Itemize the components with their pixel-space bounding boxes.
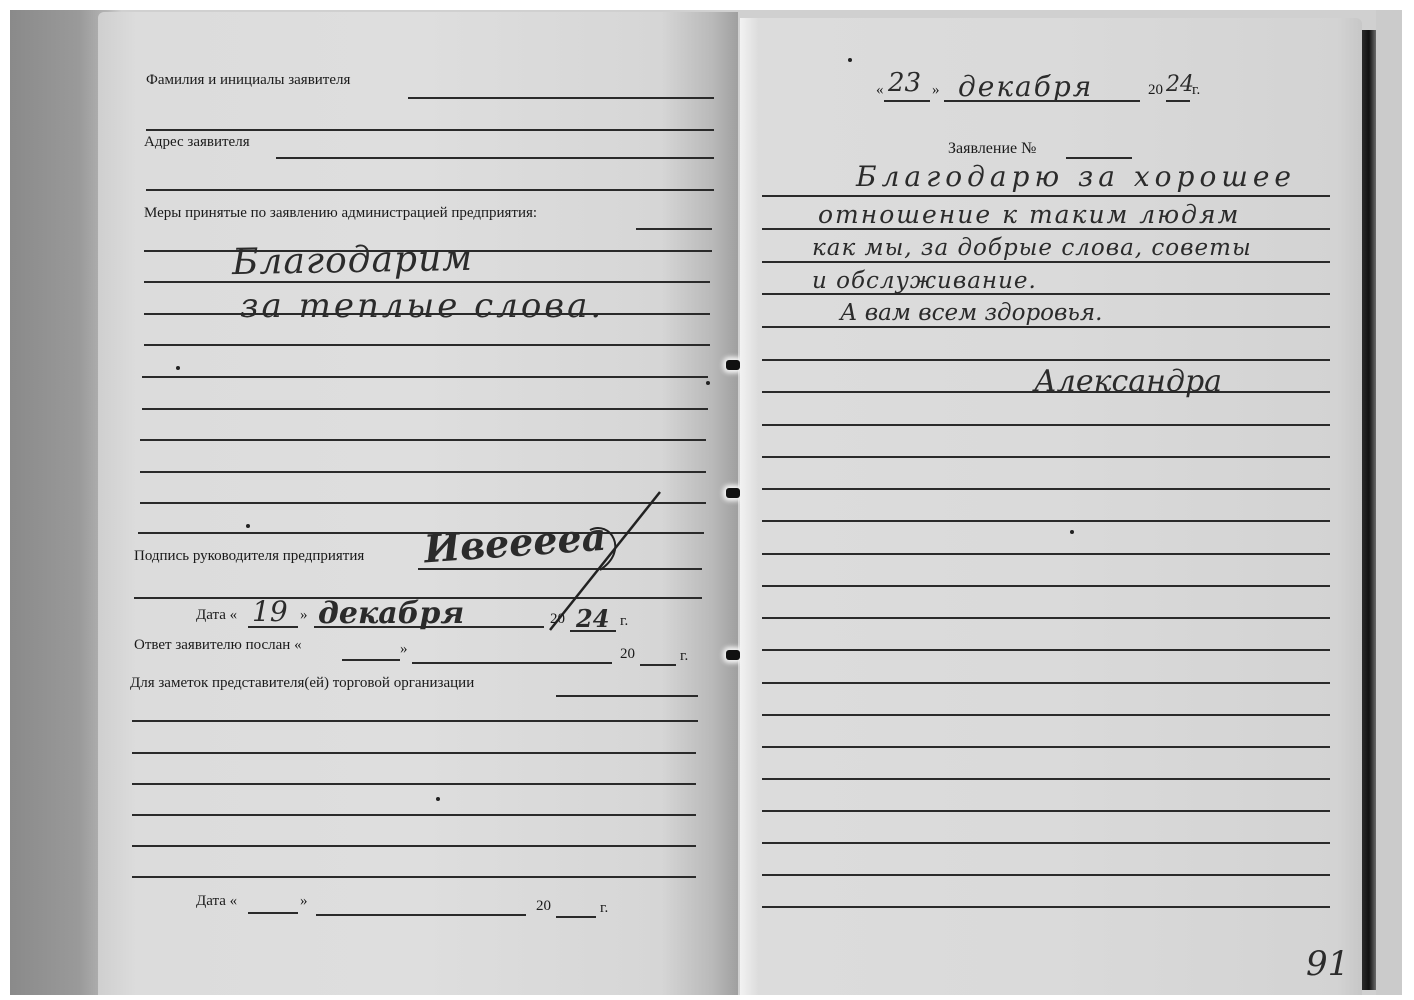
reply-sent-day-field[interactable] bbox=[342, 659, 400, 661]
measures-field-line5[interactable] bbox=[144, 344, 710, 346]
header-date-day-value: 23 bbox=[888, 68, 921, 98]
header-date-month-value: декабря bbox=[958, 70, 1093, 103]
statement-line[interactable] bbox=[762, 520, 1330, 522]
date-year-value: 24 bbox=[576, 604, 609, 633]
measures-field-line3[interactable] bbox=[144, 281, 710, 283]
handwritten-measures-line1: Благодарим bbox=[232, 238, 474, 283]
date-label: Дата « bbox=[196, 607, 237, 624]
reply-sent-year-field[interactable] bbox=[640, 664, 676, 666]
statement-line[interactable] bbox=[762, 326, 1330, 328]
header-date-year-value: 24 bbox=[1166, 72, 1194, 97]
ink-dot bbox=[848, 58, 852, 62]
statement-handwritten-line2: отношение к таким людям bbox=[818, 200, 1240, 229]
statement-line[interactable] bbox=[762, 778, 1330, 780]
bottom-date-close-quote: » bbox=[300, 893, 308, 910]
date-year-prefix: 20 bbox=[550, 611, 565, 628]
bottom-date-month-field[interactable] bbox=[316, 914, 526, 916]
statement-line[interactable] bbox=[762, 906, 1330, 908]
applicant-name-field[interactable] bbox=[408, 97, 714, 99]
applicant-address-field-line2[interactable] bbox=[146, 189, 714, 191]
statement-handwritten-line3: как мы, за добрые слова, советы bbox=[812, 235, 1252, 261]
scan-bottom-border bbox=[0, 995, 1414, 1000]
applicant-name-label: Фамилия и инициалы заявителя bbox=[146, 72, 350, 89]
measures-label: Меры принятые по заявлению администрацие… bbox=[144, 205, 537, 222]
header-date-day-field[interactable] bbox=[884, 100, 930, 102]
statement-line[interactable] bbox=[762, 874, 1330, 876]
manager-signature-label: Подпись руководителя предприятия bbox=[134, 548, 364, 565]
statement-line[interactable] bbox=[762, 195, 1330, 197]
statement-line[interactable] bbox=[762, 553, 1330, 555]
date-year-unit: г. bbox=[620, 613, 628, 630]
bottom-date-label: Дата « bbox=[196, 893, 237, 910]
header-date-year-field[interactable] bbox=[1166, 100, 1190, 102]
statement-line[interactable] bbox=[762, 456, 1330, 458]
statement-line[interactable] bbox=[762, 359, 1330, 361]
applicant-address-label: Адрес заявителя bbox=[144, 134, 250, 151]
reply-sent-close-quote: » bbox=[400, 641, 408, 658]
staple-top bbox=[726, 360, 740, 370]
statement-line[interactable] bbox=[762, 842, 1330, 844]
applicant-name-field-line2[interactable] bbox=[146, 129, 714, 131]
date-close-quote: » bbox=[300, 607, 308, 624]
notes-field-line5[interactable] bbox=[132, 814, 696, 816]
statement-handwritten-line5: А вам всем здоровья. bbox=[840, 300, 1102, 326]
applicant-address-field[interactable] bbox=[276, 157, 714, 159]
statement-line[interactable] bbox=[762, 682, 1330, 684]
statement-handwritten-line1: Благодарю за хорошее bbox=[856, 160, 1296, 193]
ink-dot bbox=[706, 381, 710, 385]
date-month-value: декабря bbox=[318, 596, 464, 631]
measures-field-line6[interactable] bbox=[142, 376, 708, 378]
header-date-close-quote: » bbox=[932, 82, 940, 99]
measures-field-line7[interactable] bbox=[142, 408, 708, 410]
reply-sent-year-prefix: 20 bbox=[620, 646, 635, 663]
reply-sent-year-unit: г. bbox=[680, 648, 688, 665]
bottom-date-year-unit: г. bbox=[600, 900, 608, 917]
staple-middle bbox=[726, 488, 740, 498]
statement-line[interactable] bbox=[762, 810, 1330, 812]
header-date-open-quote: « bbox=[876, 82, 884, 99]
statement-line[interactable] bbox=[762, 617, 1330, 619]
statement-line[interactable] bbox=[762, 261, 1330, 263]
scan-right-margin bbox=[1376, 10, 1402, 995]
ink-dot bbox=[436, 797, 440, 801]
statement-handwritten-line4: и обслуживание. bbox=[812, 268, 1037, 294]
notes-field-line1[interactable] bbox=[556, 695, 698, 697]
ink-dot bbox=[176, 366, 180, 370]
header-date-year-prefix: 20 bbox=[1148, 82, 1163, 99]
book-edge bbox=[1362, 30, 1376, 990]
statement-line[interactable] bbox=[762, 649, 1330, 651]
statement-number-label: Заявление № bbox=[948, 140, 1036, 158]
applicant-signature: Александра bbox=[1034, 364, 1222, 399]
notes-field-line7[interactable] bbox=[132, 876, 696, 878]
measures-field-line9[interactable] bbox=[140, 471, 706, 473]
date-day-value: 19 bbox=[252, 595, 288, 628]
notes-field-line6[interactable] bbox=[132, 845, 696, 847]
header-date-year-unit: г. bbox=[1192, 82, 1200, 99]
bottom-date-year-prefix: 20 bbox=[536, 898, 551, 915]
notes-label: Для заметок представителя(ей) торговой о… bbox=[130, 675, 474, 692]
statement-line[interactable] bbox=[762, 488, 1330, 490]
notes-field-line3[interactable] bbox=[132, 752, 696, 754]
statement-line[interactable] bbox=[762, 424, 1330, 426]
bottom-date-year-field[interactable] bbox=[556, 916, 596, 918]
handwritten-measures-line2: за теплые слова. bbox=[240, 286, 604, 326]
notes-field-line2[interactable] bbox=[132, 720, 698, 722]
statement-line[interactable] bbox=[762, 714, 1330, 716]
reply-sent-month-field[interactable] bbox=[412, 662, 612, 664]
reply-sent-label: Ответ заявителю послан « bbox=[134, 637, 302, 654]
measures-field-line8[interactable] bbox=[140, 439, 706, 441]
staple-bottom bbox=[726, 650, 740, 660]
ink-dot bbox=[246, 524, 250, 528]
statement-line[interactable] bbox=[762, 585, 1330, 587]
statement-number-field[interactable] bbox=[1066, 157, 1132, 159]
notes-field-line4[interactable] bbox=[132, 783, 696, 785]
page-number: 91 bbox=[1306, 944, 1349, 984]
statement-line[interactable] bbox=[762, 746, 1330, 748]
measures-field-line1[interactable] bbox=[636, 228, 712, 230]
bottom-date-day-field[interactable] bbox=[248, 912, 298, 914]
ink-dot bbox=[1070, 530, 1074, 534]
